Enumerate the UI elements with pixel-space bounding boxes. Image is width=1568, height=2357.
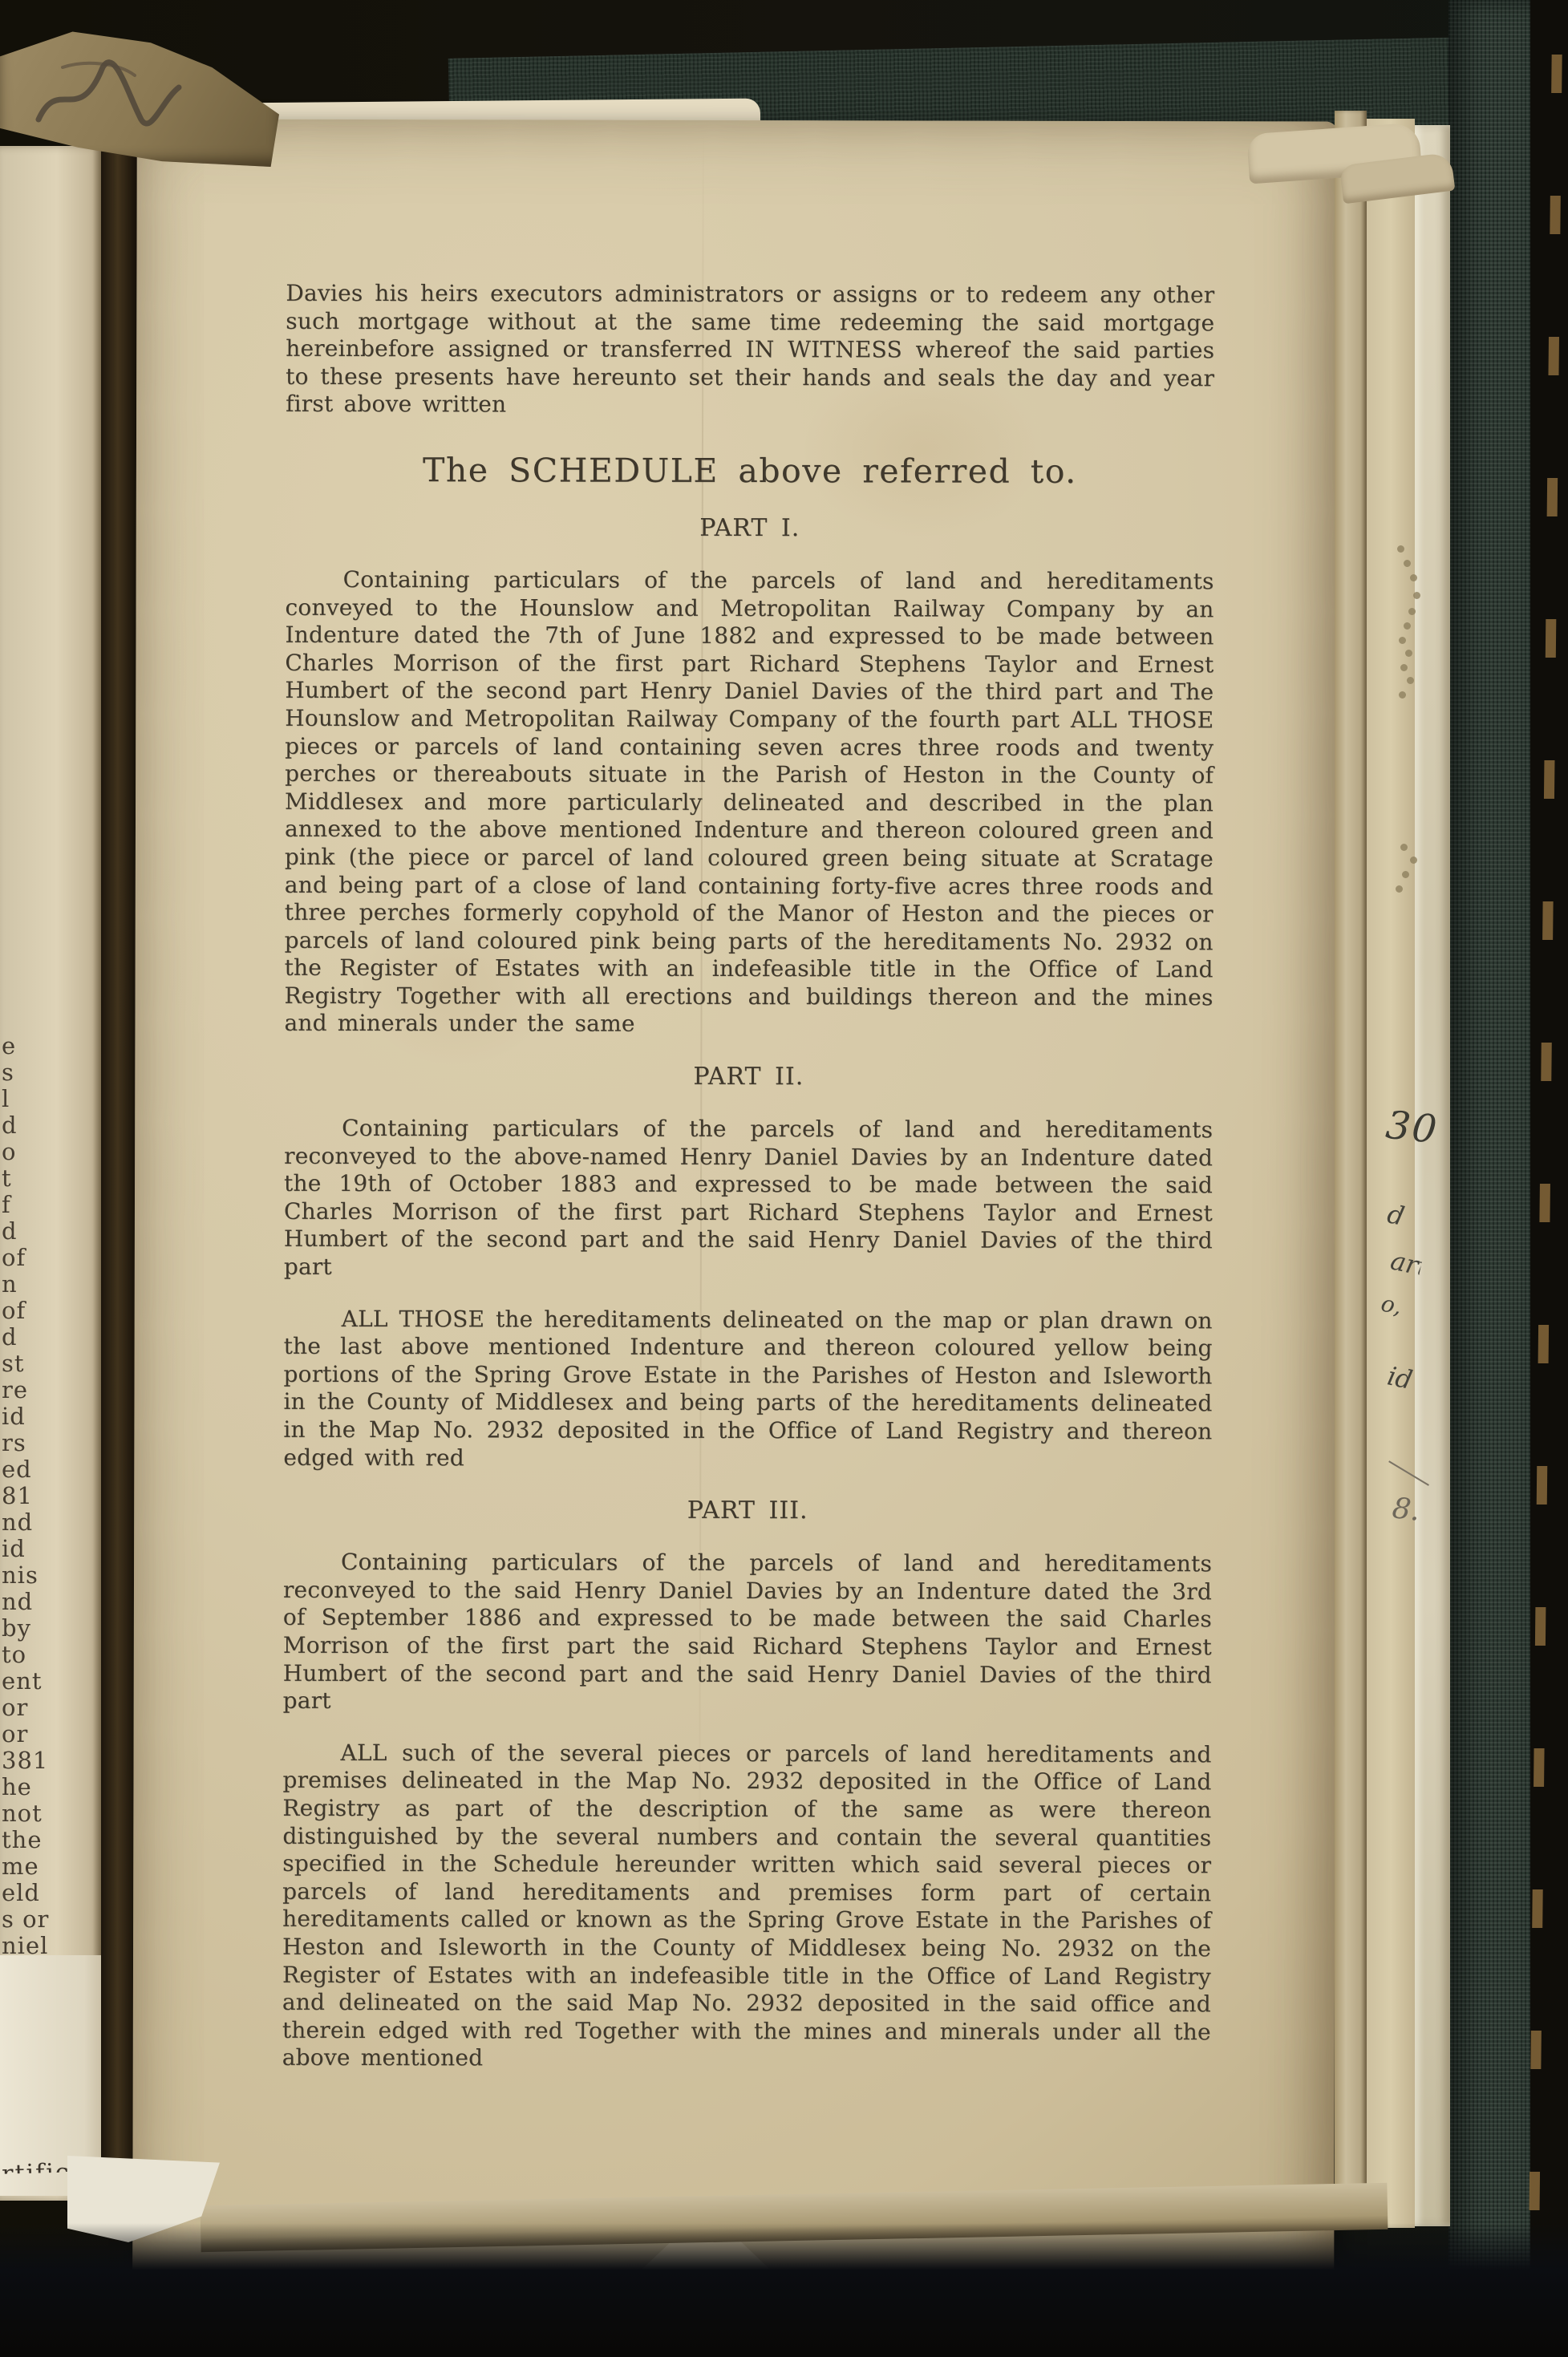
cutoff-line-fragment: nd (2, 1589, 63, 1615)
part2-paragraph-1: Containing particulars of the parcels of… (284, 1115, 1213, 1283)
cutoff-line-fragment: rs (2, 1430, 63, 1456)
cutoff-line-fragment: d (2, 1218, 63, 1245)
cutoff-line-fragment: not (2, 1800, 63, 1827)
book-photo: esldotfdofnofdstreidrsed81ndidnisndbytoe… (0, 0, 1568, 2357)
cutoff-line-fragment: d (2, 1324, 63, 1351)
part3-paragraph-2: ALL such of the several pieces or parcel… (282, 1739, 1212, 2075)
intro-paragraph: Davies his heirs executors administrator… (286, 280, 1214, 420)
cutoff-line-fragment: nis (2, 1562, 63, 1589)
cutoff-line-fragment: 81 (2, 1483, 63, 1509)
cutoff-line-fragment: o (2, 1139, 63, 1165)
cutoff-line-fragment: eld (2, 1880, 63, 1906)
cutoff-line-fragment: by (2, 1615, 63, 1642)
cutoff-line-fragment: or (2, 1695, 63, 1721)
page-text: Davies his heirs executors administrator… (282, 280, 1215, 2098)
cutoff-line-fragment: s or (2, 1906, 63, 1933)
cutoff-line-fragment: id (2, 1536, 63, 1562)
cutoff-line-fragment: the (2, 1827, 63, 1853)
book-spine-strip (1530, 0, 1568, 2357)
part2-paragraph-2: ALL THOSE the hereditaments delineated o… (283, 1305, 1212, 1473)
part1-paragraph: Containing particulars of the parcels of… (284, 566, 1213, 1040)
handwritten-fragment: arto (1388, 1245, 1424, 1281)
cutoff-line-fragment: 381 (2, 1748, 63, 1774)
cutoff-line-fragment: to (2, 1642, 63, 1668)
cutoff-line-fragment: me (2, 1853, 63, 1880)
cutoff-line-fragment: of (2, 1298, 63, 1324)
cutoff-line-fragment: ed (2, 1456, 63, 1483)
previous-page-text-fragments: esldotfdofnofdstreidrsed81ndidnisndbytoe… (2, 1033, 63, 1959)
cutoff-line-fragment: n (2, 1271, 63, 1298)
handwritten-fragment: d (1384, 1198, 1420, 1234)
pencil-number: 8. (1391, 1492, 1422, 1528)
cutoff-line-fragment: re (2, 1377, 63, 1403)
cutoff-line-fragment: niel (2, 1933, 63, 1959)
page-edges-stack (1367, 119, 1415, 2228)
page-gutter-shadow (101, 146, 138, 2201)
part3-paragraph-1: Containing particulars of the parcels of… (283, 1549, 1212, 1717)
cutoff-line-fragment: he (2, 1774, 63, 1800)
cutoff-line-fragment: f (2, 1192, 63, 1218)
cutoff-line-fragment: d (2, 1112, 63, 1139)
part1-heading: PART I. (286, 513, 1214, 544)
perforation-dots (1400, 844, 1408, 851)
cutoff-line-fragment: t (2, 1165, 63, 1192)
part3-heading: PART III. (283, 1496, 1212, 1526)
bottom-shadow (0, 2223, 1568, 2357)
perforation-dots (1397, 545, 1404, 553)
cutoff-line-fragment: nd (2, 1509, 63, 1536)
handwritten-page-number: 30 (1384, 1103, 1440, 1152)
cutoff-line-fragment: id (2, 1403, 63, 1430)
schedule-heading: The SCHEDULE above referred to. (286, 451, 1214, 491)
cutoff-line-fragment: or (2, 1721, 63, 1748)
cutoff-line-fragment: of (2, 1245, 63, 1271)
part2-heading: PART II. (284, 1062, 1213, 1092)
document-page: Davies his heirs executors administrator… (132, 119, 1339, 2288)
cutoff-line-fragment: s (2, 1059, 63, 1086)
pencil-scribble-icon (14, 43, 239, 148)
cutoff-line-fragment: st (2, 1351, 63, 1377)
cutoff-line-fragment: ent (2, 1668, 63, 1695)
book-cover-side (1448, 0, 1532, 2357)
glossy-tracing-sheet-edge (1415, 125, 1450, 2226)
page-edges-stack (1335, 111, 1367, 2228)
cutoff-line-fragment: e (2, 1033, 63, 1059)
stitch-dashes (1528, 0, 1563, 2357)
handwritten-fragment: id (1384, 1360, 1420, 1396)
cutoff-line-fragment: l (2, 1086, 63, 1112)
